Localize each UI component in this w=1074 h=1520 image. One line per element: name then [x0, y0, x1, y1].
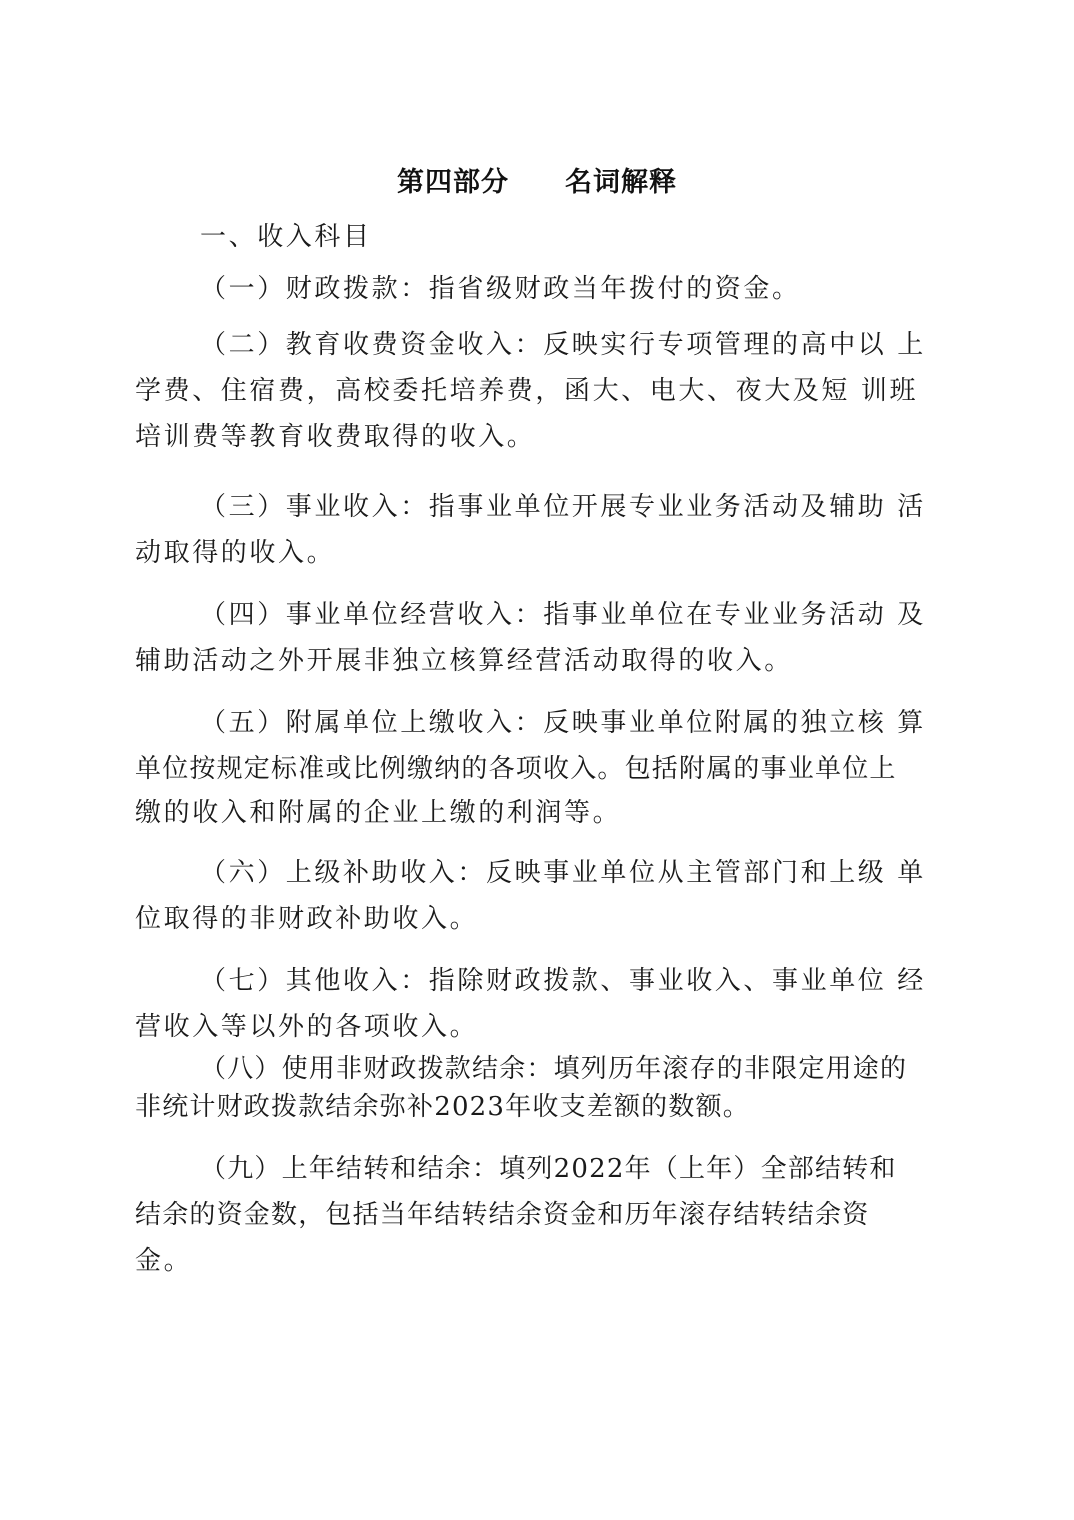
document-page: 第四部分 名词解释 一、收入科目 （一）财政拨款：指省级财政当年拨付的资金。 （…	[0, 0, 1074, 1520]
item-5-line-1: （五）附属单位上缴收入：反映事业单位附属的独立核 算	[200, 706, 926, 740]
item-4-line-1: （四）事业单位经营收入：指事业单位在专业业务活动 及	[200, 598, 926, 632]
item-3-line-1: （三）事业收入：指事业单位开展专业业务活动及辅助 活	[200, 490, 926, 524]
item-8-line-2: 非统计财政拨款结余弥补2023年收支差额的数额。	[135, 1090, 750, 1124]
section-heading: 一、收入科目	[200, 220, 372, 254]
item-6-line-1: （六）上级补助收入：反映事业单位从主管部门和上级 单	[200, 856, 926, 890]
item-2-line-3: 培训费等教育收费取得的收入。	[135, 420, 535, 454]
item-1-line-1: （一）财政拨款：指省级财政当年拨付的资金。	[200, 272, 801, 306]
page-title: 第四部分 名词解释	[0, 160, 1074, 199]
item-6-line-2: 位取得的非财政补助收入。	[135, 902, 478, 936]
item-5-line-2: 单位按规定标准或比例缴纳的各项收入。包括附属的事业单位上	[135, 752, 897, 786]
item-2-line-2: 学费、住宿费，高校委托培养费，函大、电大、夜大及短 训班	[135, 374, 918, 408]
item-8-line-1: （八）使用非财政拨款结余：填列历年滚存的非限定用途的	[200, 1052, 907, 1086]
item-7-line-2: 营收入等以外的各项收入。	[135, 1010, 478, 1044]
item-9-line-2: 结余的资金数，包括当年结转结余资金和历年滚存结转结余资	[135, 1198, 869, 1232]
item-9-line-1: （九）上年结转和结余：填列2022年（上年）全部结转和	[200, 1152, 897, 1186]
item-5-line-3: 缴的收入和附属的企业上缴的利润等。	[135, 796, 621, 830]
item-9-line-3: 金。	[135, 1244, 192, 1278]
item-3-line-2: 动取得的收入。	[135, 536, 335, 570]
item-2-line-1: （二）教育收费资金收入：反映实行专项管理的高中以 上	[200, 328, 926, 362]
item-4-line-2: 辅助活动之外开展非独立核算经营活动取得的收入。	[135, 644, 793, 678]
item-7-line-1: （七）其他收入：指除财政拨款、事业收入、事业单位 经	[200, 964, 926, 998]
